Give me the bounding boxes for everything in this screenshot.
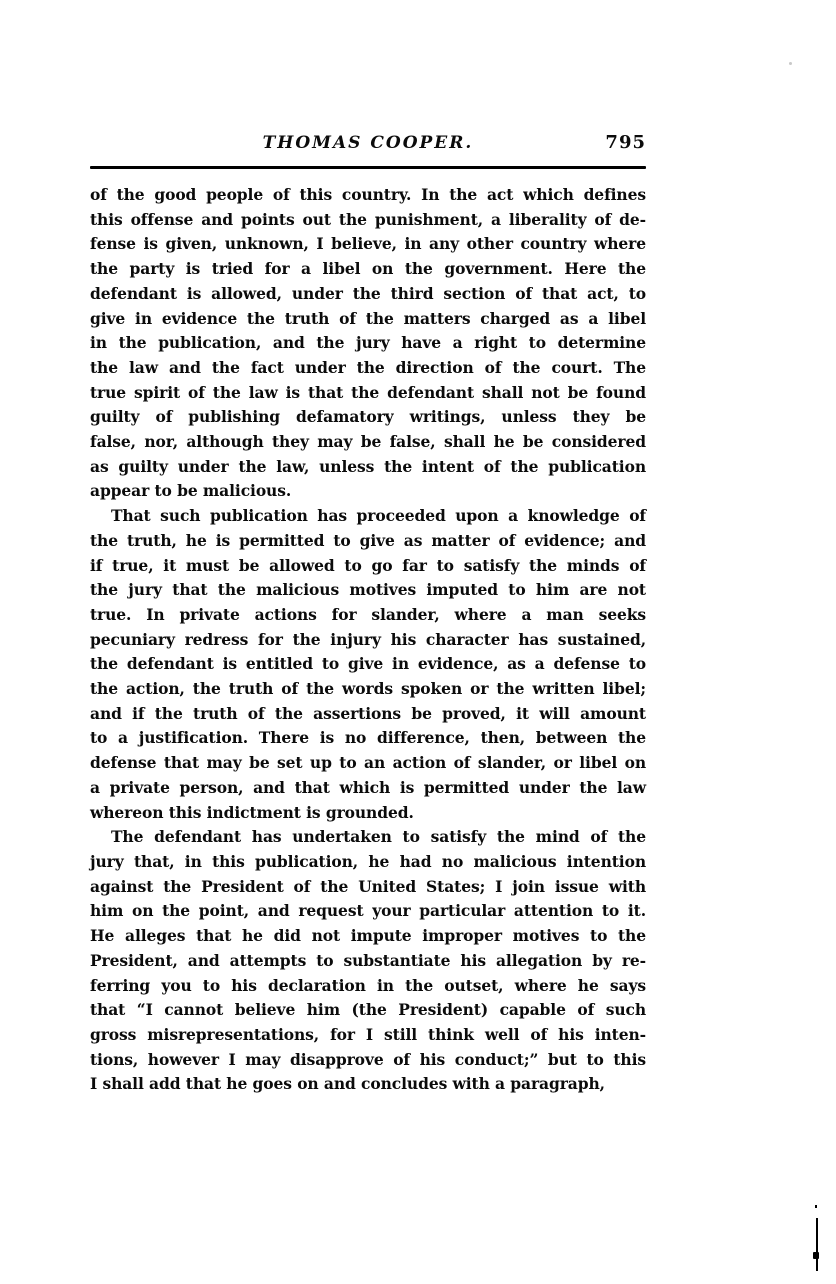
text-line: defendant is allowed, under the third se… <box>90 282 646 307</box>
text-line: That such publication has proceeded upon… <box>90 504 646 529</box>
text-line: tions, however I may disapprove of his c… <box>90 1048 646 1073</box>
scanned-book-page: THOMAS COOPER. 795 of the good people of… <box>0 0 836 1284</box>
paragraph: The defendant has undertaken to satisfy … <box>90 825 646 1097</box>
text-line: the jury that the malicious motives impu… <box>90 578 646 603</box>
text-line: fense is given, unknown, I believe, in a… <box>90 232 646 257</box>
text-line: false, nor, although they may be false, … <box>90 430 646 455</box>
text-line: him on the point, and request your parti… <box>90 899 646 924</box>
text-line: to a justification. There is no differen… <box>90 726 646 751</box>
text-line: true. In private actions for slander, wh… <box>90 603 646 628</box>
scan-artifact-line <box>816 1218 818 1271</box>
text-line: gross misrepresentations, for I still th… <box>90 1023 646 1048</box>
page-title: THOMAS COOPER. <box>90 133 646 153</box>
text-line: The defendant has undertaken to satisfy … <box>90 825 646 850</box>
page-body: of the good people of this country. In t… <box>90 183 646 1097</box>
text-line: true spirit of the law is that the defen… <box>90 381 646 406</box>
text-line: if true, it must be allowed to go far to… <box>90 554 646 579</box>
text-line: the defendant is entitled to give in evi… <box>90 652 646 677</box>
text-line: I shall add that he goes on and conclude… <box>90 1072 646 1097</box>
scan-artifact-dot <box>815 1205 817 1208</box>
text-line: defense that may be set up to an action … <box>90 751 646 776</box>
scan-speck <box>789 62 792 65</box>
text-line: and if the truth of the assertions be pr… <box>90 702 646 727</box>
text-line: President, and attempts to substantiate … <box>90 949 646 974</box>
text-line: the law and the fact under the direction… <box>90 356 646 381</box>
running-head: THOMAS COOPER. 795 <box>90 133 646 157</box>
text-line: as guilty under the law, unless the inte… <box>90 455 646 480</box>
text-line: of the good people of this country. In t… <box>90 183 646 208</box>
text-line: give in evidence the truth of the matter… <box>90 307 646 332</box>
text-line: the truth, he is permitted to give as ma… <box>90 529 646 554</box>
header-rule <box>90 166 646 169</box>
text-line: in the publication, and the jury have a … <box>90 331 646 356</box>
text-line: that “I cannot believe him (the Presiden… <box>90 998 646 1023</box>
text-line: guilty of publishing defamatory writings… <box>90 405 646 430</box>
text-line: against the President of the United Stat… <box>90 875 646 900</box>
text-line: whereon this indictment is grounded. <box>90 801 646 826</box>
page-number: 795 <box>605 132 646 153</box>
text-line: the action, the truth of the words spoke… <box>90 677 646 702</box>
text-line: ferring you to his declaration in the ou… <box>90 974 646 999</box>
text-line: appear to be malicious. <box>90 479 646 504</box>
paragraph: of the good people of this country. In t… <box>90 183 646 504</box>
scan-artifact-blob <box>813 1252 819 1259</box>
text-line: the party is tried for a libel on the go… <box>90 257 646 282</box>
paragraph: That such publication has proceeded upon… <box>90 504 646 825</box>
text-line: a private person, and that which is perm… <box>90 776 646 801</box>
text-line: He alleges that he did not impute improp… <box>90 924 646 949</box>
text-line: jury that, in this publication, he had n… <box>90 850 646 875</box>
text-line: pecuniary redress for the injury his cha… <box>90 628 646 653</box>
text-line: this offense and points out the punishme… <box>90 208 646 233</box>
